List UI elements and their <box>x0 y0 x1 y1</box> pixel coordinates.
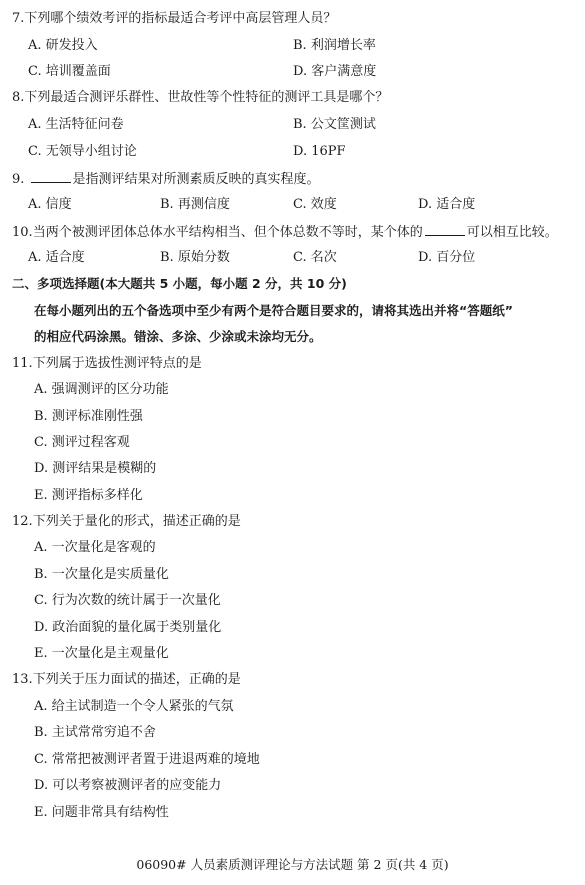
question-text: 下列最适合测评乐群性、世故性等个性特征的测评工具是哪个？ <box>24 90 388 105</box>
q10-option-b: B. 原始分数 <box>160 250 230 266</box>
q12-option-b: B. 一次量化是实质量化 <box>34 567 169 583</box>
exam-page: 7.下列哪个绩效考评的指标最适合考评中高层管理人员？ A. 研发投入 B. 利润… <box>0 0 585 885</box>
fill-blank <box>425 223 465 236</box>
q9-option-b: B. 再测信度 <box>160 197 230 213</box>
question-number: 12. <box>12 514 33 529</box>
question-11-stem: 11.下列属于选拔性测评特点的是 <box>12 356 202 372</box>
q8-option-b: B. 公文筐测试 <box>293 117 376 133</box>
q7-option-b: B. 利润增长率 <box>293 38 376 54</box>
q8-option-d: D. 16PF <box>293 144 346 160</box>
q7-option-c: C. 培训覆盖面 <box>28 64 111 80</box>
question-text-end: 可以相互比较。 <box>467 225 558 240</box>
section-2-instruction-2: 的相应代码涂黑。错涂、多涂、少涂或未涂均无分。 <box>34 329 322 345</box>
question-text: 下列哪个绩效考评的指标最适合考评中高层管理人员？ <box>24 11 336 26</box>
question-number: 8. <box>12 90 24 105</box>
q11-option-b: B. 测评标准刚性强 <box>34 409 143 425</box>
question-10-stem: 10.当两个被测评团体总体水平结构相当、但个体总数不等时，某个体的可以相互比较。 <box>12 223 558 241</box>
question-text: 当两个被测评团体总体水平结构相当、但个体总数不等时，某个体的 <box>33 225 423 240</box>
question-9-stem: 9. 是指测评结果对所测素质反映的真实程度。 <box>12 170 320 188</box>
q13-option-c: C. 常常把被测评者置于进退两难的境地 <box>34 752 260 768</box>
question-8-stem: 8.下列最适合测评乐群性、世故性等个性特征的测评工具是哪个？ <box>12 90 388 106</box>
q13-option-b: B. 主试常常穷追不舍 <box>34 725 156 741</box>
q9-option-a: A. 信度 <box>28 197 72 213</box>
section-2-instruction-1: 在每小题列出的五个备选项中至少有两个是符合题目要求的，请将其选出并将“答题纸” <box>34 303 513 319</box>
question-text: 是指测评结果对所测素质反映的真实程度。 <box>73 172 320 187</box>
q10-option-c: C. 名次 <box>293 250 337 266</box>
q13-option-e: E. 问题非常具有结构性 <box>34 805 169 821</box>
question-12-stem: 12.下列关于量化的形式，描述正确的是 <box>12 514 241 530</box>
q10-option-a: A. 适合度 <box>28 250 85 266</box>
question-number: 11. <box>12 356 33 371</box>
q12-option-c: C. 行为次数的统计属于一次量化 <box>34 593 221 609</box>
question-text: 下列关于量化的形式，描述正确的是 <box>33 514 241 529</box>
q11-option-e: E. 测评指标多样化 <box>34 488 143 504</box>
question-number: 7. <box>12 11 24 26</box>
question-text: 下列关于压力面试的描述，正确的是 <box>33 672 241 687</box>
q10-option-d: D. 百分位 <box>418 250 475 266</box>
question-number: 10. <box>12 225 33 240</box>
question-number: 9. <box>12 172 24 187</box>
q7-option-a: A. 研发投入 <box>28 38 98 54</box>
q8-option-c: C. 无领导小组讨论 <box>28 144 137 160</box>
q11-option-c: C. 测评过程客观 <box>34 435 130 451</box>
fill-blank <box>31 170 71 183</box>
question-text: 下列属于选拔性测评特点的是 <box>33 356 202 371</box>
question-7-stem: 7.下列哪个绩效考评的指标最适合考评中高层管理人员？ <box>12 11 336 27</box>
question-number: 13. <box>12 672 33 687</box>
q12-option-e: E. 一次量化是主观量化 <box>34 646 169 662</box>
section-2-title: 二、多项选择题(本大题共 5 小题，每小题 2 分，共 10 分) <box>12 276 347 292</box>
question-13-stem: 13.下列关于压力面试的描述，正确的是 <box>12 672 241 688</box>
q12-option-a: A. 一次量化是客观的 <box>34 540 156 556</box>
q11-option-a: A. 强调测评的区分功能 <box>34 382 169 398</box>
q11-option-d: D. 测评结果是模糊的 <box>34 461 156 477</box>
page-footer: 06090# 人员素质测评理论与方法试题 第 2 页(共 4 页) <box>0 857 585 873</box>
q8-option-a: A. 生活特征问卷 <box>28 117 124 133</box>
q13-option-d: D. 可以考察被测评者的应变能力 <box>34 778 221 794</box>
q9-option-c: C. 效度 <box>293 197 337 213</box>
q12-option-d: D. 政治面貌的量化属于类别量化 <box>34 620 221 636</box>
q7-option-d: D. 客户满意度 <box>293 64 376 80</box>
q9-option-d: D. 适合度 <box>418 197 475 213</box>
q13-option-a: A. 给主试制造一个令人紧张的气氛 <box>34 699 234 715</box>
